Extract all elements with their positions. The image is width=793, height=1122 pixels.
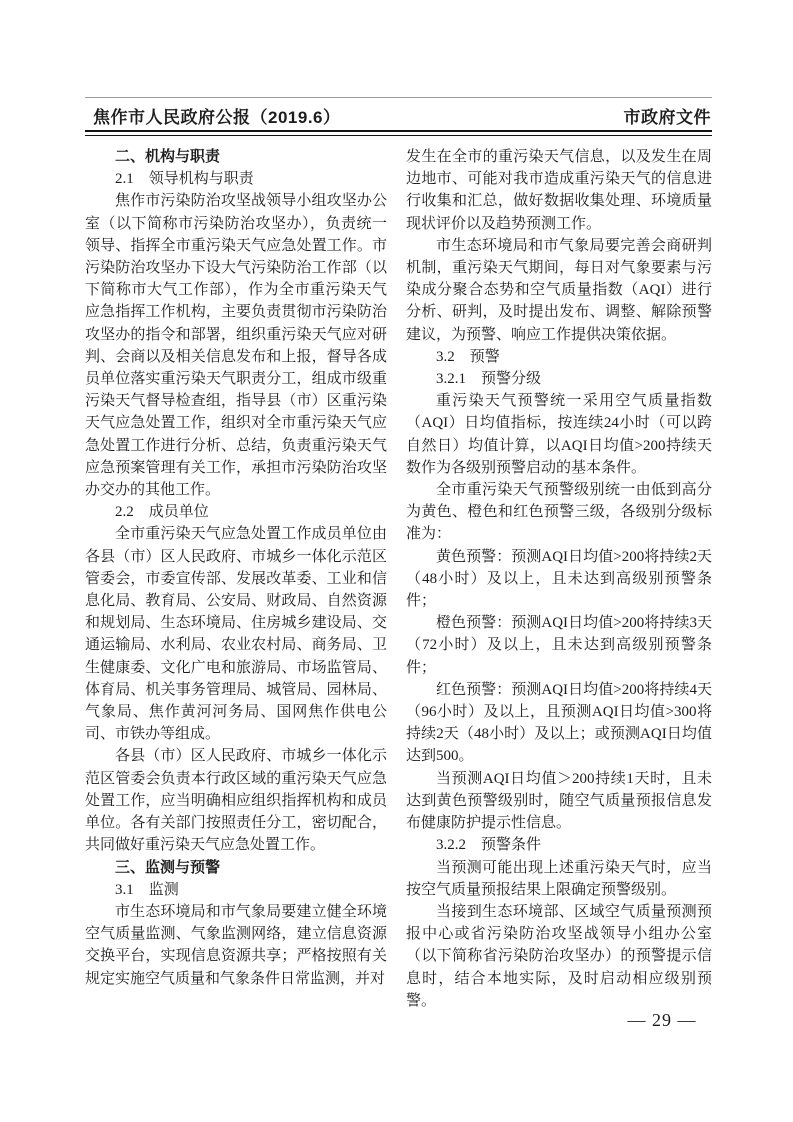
paragraph: 各县（市）区人民政府、市城乡一体化示范区管委会负责本行政区域的重污染天气应急处置… — [85, 745, 387, 856]
section-heading: 二、机构与职责 — [85, 146, 387, 168]
paragraph: 重污染天气预警统一采用空气质量指数（AQI）日均值指标，按连续24小时（可以跨自… — [406, 390, 712, 479]
header-double-rule — [85, 130, 712, 136]
left-column: 二、机构与职责2.1 领导机构与职责焦作市污染防治攻坚战领导小组攻坚办公室（以下… — [85, 146, 387, 1012]
paragraph: 黄色预警：预测AQI日均值>200将持续2天（48小时）及以上，且未达到高级别预… — [406, 546, 712, 613]
paragraph: 全市重污染天气应急处置工作成员单位由各县（市）区人民政府、市城乡一体化示范区管委… — [85, 523, 387, 745]
right-column: 发生在全市的重污染天气信息，以及发生在周边地市、可能对我市造成重污染天气的信息进… — [406, 146, 712, 1012]
header-top-rule — [85, 97, 712, 98]
subsection-heading: 2.1 领导机构与职责 — [85, 168, 387, 190]
page-number: — 29 — — [606, 1008, 718, 1032]
document-page: 焦作市人民政府公报（2019.6） 市政府文件 二、机构与职责2.1 领导机构与… — [0, 0, 793, 1122]
text-columns: 二、机构与职责2.1 领导机构与职责焦作市污染防治攻坚战领导小组攻坚办公室（以下… — [85, 146, 712, 1012]
section-heading: 三、监测与预警 — [85, 857, 387, 879]
paragraph: 市生态环境局和市气象局要完善会商研判机制，重污染天气期间，每日对气象要素与污染成… — [406, 235, 712, 346]
paragraph: 橙色预警：预测AQI日均值>200将持续3天（72小时）及以上，且未达到高级别预… — [406, 612, 712, 679]
paragraph-continued: 发生在全市的重污染天气信息，以及发生在周边地市、可能对我市造成重污染天气的信息进… — [406, 146, 712, 235]
subsection-heading: 2.2 成员单位 — [85, 501, 387, 523]
paragraph: 市生态环境局和市气象局要建立健全环境空气质量监测、气象监测网络，建立信息资源交换… — [85, 901, 387, 990]
paragraph: 当预测可能出现上述重污染天气时，应当按空气质量预报结果上限确定预警级别。 — [406, 857, 712, 901]
paragraph: 红色预警：预测AQI日均值>200将持续4天（96小时）及以上，且预测AQI日均… — [406, 679, 712, 768]
subsection-heading: 3.2 预警 — [406, 346, 712, 368]
paragraph: 当预测AQI日均值＞200持续1天时，且未达到黄色预警级别时，随空气质量预报信息… — [406, 768, 712, 835]
subsection-heading: 3.2.2 预警条件 — [406, 834, 712, 856]
running-head: 焦作市人民政府公报（2019.6） 市政府文件 — [93, 107, 711, 129]
gazette-title: 焦作市人民政府公报（2019.6） — [93, 107, 341, 129]
paragraph: 焦作市污染防治攻坚战领导小组攻坚办公室（以下简称市污染防治攻坚办），负责统一领导… — [85, 190, 387, 501]
document-category-label: 市政府文件 — [624, 107, 712, 129]
paragraph: 当接到生态环境部、区域空气质量预测预报中心或省污染防治攻坚战领导小组办公室（以下… — [406, 901, 712, 1012]
subsection-heading: 3.1 监测 — [85, 879, 387, 901]
subsection-heading: 3.2.1 预警分级 — [406, 368, 712, 390]
paragraph: 全市重污染天气预警级别统一由低到高分为黄色、橙色和红色预警三级，各级别分级标准为… — [406, 479, 712, 546]
